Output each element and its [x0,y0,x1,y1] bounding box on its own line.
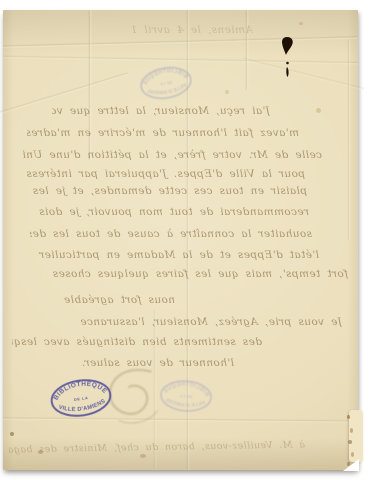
age-spot [10,432,14,436]
handwriting-line: plaisir en tous ces cette demandes, et j… [29,185,307,199]
letter-paper: BIBLIOTHÈQUE DE LA VILLE D'AMIENS Amiens… [3,10,358,470]
handwriting-line: celle de Mr. votre frère, et la pétition… [22,149,322,163]
handwriting-line: Je vous prie, Agréez, Monsieur, l'assura… [60,316,342,330]
handwriting-line: souhaiter la connaître à cause de tous l… [30,228,312,242]
stamp-text-middle: DE LA [74,395,89,402]
age-spot [140,454,146,458]
stamp-text-middle: DE LA [180,394,193,399]
age-spot [347,462,350,466]
age-spot [38,450,43,454]
crease-line [245,10,249,90]
handwriting-line: des sentiments bien distingués avec lesq… [12,336,262,350]
handwriting-date-line: Amiens, le 4 avril 18.. [133,24,253,38]
library-stamp-oval: BIBLIOTHÈQUE DE LA VILLE D'AMIENS [155,377,217,415]
age-spot [348,440,352,444]
age-spot [351,452,354,457]
handwriting-line: l'état d'Eppes et de la Madame en partic… [25,249,319,263]
handwriting-footer-line: à M. Veuillez-vous, baron du chef, Minis… [9,439,305,458]
handwriting-line: pour la Ville d'Eppes. J'appuierai par i… [27,168,305,182]
age-spot [347,415,350,419]
library-stamp-oval: BIBLIOTHÈQUE DE LA VILLE D'AMIENS [132,61,201,106]
ink-blot [279,36,297,92]
handwriting-line: recommanderai de tout mon pouvoir, je do… [25,206,309,220]
library-stamp-bleedthrough-center: BIBLIOTHÈQUE DE LA VILLE D'AMIENS [155,377,217,415]
handwriting-line: J'ai reçu, Monsieur, la lettre que vous [52,105,270,119]
stamp-text-middle: DE LA [160,81,173,87]
library-stamp-bleedthrough-top: BIBLIOTHÈQUE DE LA VILLE D'AMIENS [132,61,201,106]
age-spot [299,22,303,25]
scan-background: BIBLIOTHÈQUE DE LA VILLE D'AMIENS Amiens… [0,0,372,480]
handwriting-line: fort temps', mais que les faires quelque… [50,268,348,282]
age-spot [316,108,321,113]
handwriting-line: nous fort agréable. [63,294,175,308]
age-spot [225,90,229,94]
crease-line [347,40,351,240]
handwriting-line: m'avez fait l'honneur de m'écrire en m'a… [27,127,299,141]
age-spot [350,428,353,433]
